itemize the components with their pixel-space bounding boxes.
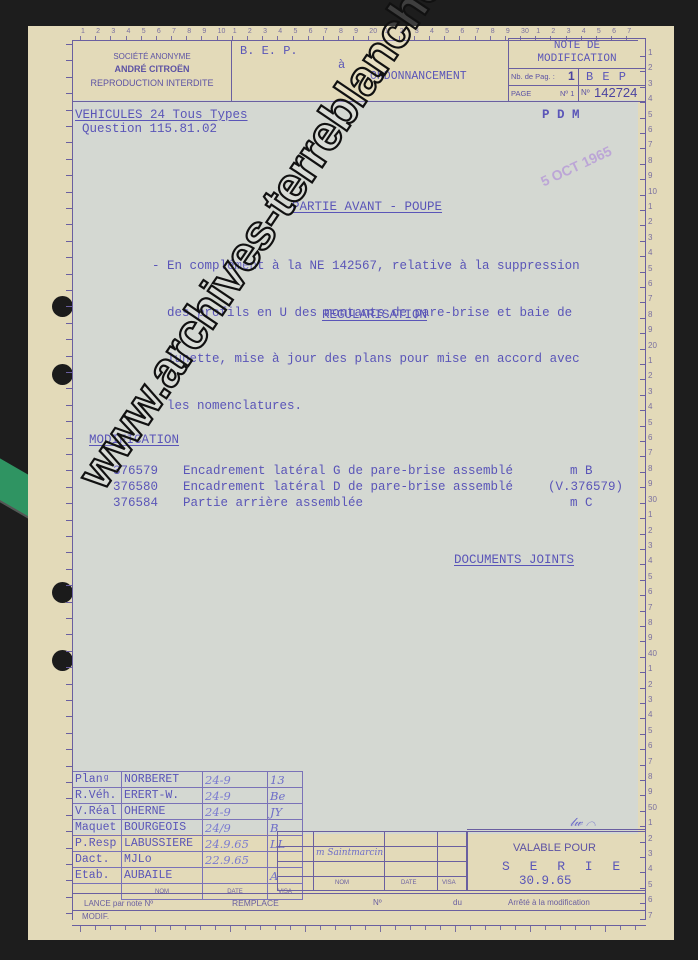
ruler-label: 2 <box>648 371 652 380</box>
ruler-tick <box>640 241 646 242</box>
ruler-tick <box>640 641 646 642</box>
from-department: B. E. P. <box>240 44 298 58</box>
signature-name: MJLo <box>122 852 203 868</box>
signature-name: LABUSSIERE <box>122 836 203 852</box>
ruler-label: 8 <box>648 772 652 781</box>
ruler-label: 8 <box>187 28 191 35</box>
ruler-tick <box>485 926 486 930</box>
ruler-tick <box>66 208 72 209</box>
ruler-label: 7 <box>324 28 328 35</box>
ruler-tick <box>155 926 156 932</box>
ruler-tick <box>66 602 72 603</box>
vehicles-line: VEHICULES 24 Tous Types <box>75 108 248 122</box>
section-title: PARTIE AVANT - POUPE <box>292 200 442 214</box>
signature-date: 24-9 <box>203 788 268 804</box>
signature-name: OHERNE <box>122 804 203 820</box>
ruler-label: 1 <box>648 818 652 827</box>
ruler-label: 9 <box>648 479 652 488</box>
replaces-label: REMPLACE <box>232 898 279 908</box>
part-description: Partie arrière assemblée <box>183 496 363 510</box>
ruler-tick <box>215 926 216 930</box>
ruler-tick <box>66 815 72 816</box>
ruler-tick <box>640 518 646 519</box>
signature-role: V.Réal <box>73 804 122 820</box>
part-note: (V.376579) <box>548 480 623 494</box>
ruler-tick <box>66 503 72 504</box>
ruler-label: 5 <box>648 880 652 889</box>
ruler-tick <box>640 148 646 149</box>
ruler-tick <box>335 926 336 930</box>
ruler-label: 7 <box>648 294 652 303</box>
signature-date: 22.9.65 <box>203 852 268 868</box>
ruler-tick <box>185 926 186 930</box>
ruler-tick <box>305 926 306 932</box>
part-note: m B <box>570 464 593 478</box>
ruler-tick <box>500 926 501 930</box>
ruler-label: 4 <box>648 710 652 719</box>
signature-visa: Be <box>268 788 303 804</box>
ruler-label: 4 <box>648 864 652 873</box>
ruler-label: 5 <box>648 110 652 119</box>
ruler-tick <box>66 716 72 717</box>
ruler-tick <box>365 926 366 930</box>
ruler-label: 5 <box>293 28 297 35</box>
ruler-tick <box>640 749 646 750</box>
signature-role: P.Resp <box>73 836 122 852</box>
ruler-label: 1 <box>648 356 652 365</box>
signature-role: R.Véh. <box>73 788 122 804</box>
page-label: PAGE <box>511 89 531 98</box>
pdm-code: P D M <box>542 108 580 122</box>
ruler-label: 3 <box>648 79 652 88</box>
ruler-label: 4 <box>648 248 652 257</box>
ruler-label: 5 <box>445 28 449 35</box>
ruler-label: 1 <box>648 48 652 57</box>
ruler-tick <box>640 164 646 165</box>
ruler-label: 1 <box>648 664 652 673</box>
signature-row: P.RespLABUSSIERE24.9.65LL <box>73 836 303 852</box>
signature-date: 24-9 <box>203 804 268 820</box>
ruler-label: 1 <box>536 28 540 35</box>
ruler-label: 5 <box>648 726 652 735</box>
ruler-label: 30 <box>648 495 657 504</box>
ruler-label: 7 <box>627 28 631 35</box>
ruler-label: 4 <box>648 94 652 103</box>
signature-name: NORBERET <box>122 772 203 788</box>
ruler-tick <box>66 634 72 635</box>
ruler-label: 9 <box>506 28 510 35</box>
signature-date: 24/9 <box>203 820 268 836</box>
signature-row: V.RéalOHERNE24-9JY <box>73 804 303 820</box>
ruler-tick <box>66 798 72 799</box>
signature-role: Maquet <box>73 820 122 836</box>
ruler-label: 6 <box>648 895 652 904</box>
ruler-tick <box>66 848 72 849</box>
ruler-tick <box>66 749 72 750</box>
ruler-label: 20 <box>648 341 657 350</box>
ruler-label: 7 <box>648 603 652 612</box>
ruler-tick <box>640 765 646 766</box>
ruler-tick <box>575 926 576 930</box>
ruler-label: 2 <box>648 63 652 72</box>
divider <box>384 831 385 891</box>
ruler-tick <box>640 903 646 904</box>
ruler-tick <box>640 256 646 257</box>
signature-name: AUBAILE <box>122 868 203 884</box>
regularisation-title: REGULARISATION <box>322 308 427 322</box>
stopped-label: Arrêté à la modification <box>508 898 590 907</box>
ruler-tick <box>635 926 636 930</box>
ruler-tick <box>66 585 72 586</box>
ruler-label: 6 <box>648 587 652 596</box>
ruler-tick <box>620 926 621 930</box>
ruler-tick <box>640 318 646 319</box>
ruler-tick <box>66 290 72 291</box>
ruler-tick <box>66 339 72 340</box>
company-line-1: SOCIÉTÉ ANONYME <box>72 52 232 61</box>
ruler-label: 4 <box>648 556 652 565</box>
ruler-tick <box>380 926 381 932</box>
ruler-label: 6 <box>648 433 652 442</box>
ruler-label: 8 <box>648 464 652 473</box>
documents-joints-title: DOCUMENTS JOINTS <box>454 553 574 567</box>
ruler-label: 9 <box>648 787 652 796</box>
ruler-label: 30 <box>521 28 529 35</box>
ruler-tick <box>640 333 646 334</box>
ruler-label: 3 <box>648 695 652 704</box>
ruler-tick <box>640 795 646 796</box>
ruler-tick <box>66 126 72 127</box>
ruler-label: 4 <box>278 28 282 35</box>
nb-pages-value: 1 <box>568 69 575 83</box>
ruler-tick <box>110 926 111 930</box>
ruler-tick <box>640 302 646 303</box>
note-number-prefix: Nº <box>581 88 590 97</box>
ruler-tick <box>66 257 72 258</box>
ruler-tick <box>66 142 72 143</box>
divider <box>277 876 467 877</box>
ruler-tick <box>66 667 72 668</box>
ruler-label: 10 <box>648 187 657 196</box>
part-description: Encadrement latéral G de pare-brise asse… <box>183 464 513 478</box>
ruler-tick <box>640 826 646 827</box>
doc-type-line-2: MODIFICATION <box>508 53 646 65</box>
footer-line <box>72 910 646 911</box>
signature-table: PlanᵍNORBERET24-913R.Véh.ERERT-W.24-9BeV… <box>73 771 303 900</box>
ruler-tick <box>640 426 646 427</box>
ruler-tick <box>66 60 72 61</box>
ruler-tick <box>66 700 72 701</box>
ruler-tick <box>66 913 72 914</box>
launched-label: LANCE par note Nº <box>84 899 153 908</box>
ruler-label: 5 <box>648 572 652 581</box>
ruler-label: 2 <box>551 28 555 35</box>
ruler-tick <box>640 580 646 581</box>
ruler-tick <box>640 102 646 103</box>
ruler-tick <box>425 926 426 930</box>
ruler-tick <box>66 241 72 242</box>
validity-date: 30.9.65 <box>519 874 572 888</box>
ruler-tick <box>560 926 561 930</box>
description-line: lunette, mise à jour des plans pour mise… <box>152 352 580 368</box>
ruler-label: 9 <box>648 633 652 642</box>
ruler-tick <box>66 569 72 570</box>
ruler-right-line <box>645 40 646 920</box>
description-line: les nomenclatures. <box>152 399 580 415</box>
ruler-tick <box>640 456 646 457</box>
ruler-tick <box>260 926 261 930</box>
ruler-label: 2 <box>248 28 252 35</box>
ruler-tick <box>66 897 72 898</box>
ruler-tick <box>245 926 246 930</box>
ruler-tick <box>640 503 646 504</box>
ruler-label: 7 <box>648 757 652 766</box>
ruler-tick <box>640 287 646 288</box>
ruler-tick <box>290 926 291 930</box>
validity-label: VALABLE POUR <box>513 842 596 854</box>
ruler-tick <box>640 919 646 920</box>
ruler-label: 10 <box>218 28 226 35</box>
ruler-tick <box>66 323 72 324</box>
ruler-tick <box>395 926 396 930</box>
ruler-tick <box>66 487 72 488</box>
ruler-tick <box>230 926 231 932</box>
ruler-label: 1 <box>648 202 652 211</box>
ruler-tick <box>66 618 72 619</box>
ruler-tick <box>66 372 72 373</box>
nb-pages-label: Nb. de Pag. : <box>511 72 555 81</box>
col-header-name: NOM <box>122 884 203 900</box>
ruler-tick <box>66 864 72 865</box>
ruler-tick <box>66 110 72 111</box>
ruler-tick <box>640 718 646 719</box>
ruler-tick <box>605 926 606 932</box>
ruler-tick <box>640 780 646 781</box>
signature-row: Dact.MJLo22.9.65 <box>73 852 303 868</box>
ruler-label: 2 <box>648 680 652 689</box>
col-header-name: NOM <box>335 880 349 886</box>
ruler-label: 9 <box>648 325 652 334</box>
ruler-tick <box>66 306 72 307</box>
ruler-label: 6 <box>648 741 652 750</box>
ruler-label: 3 <box>648 849 652 858</box>
ruler-label: 5 <box>597 28 601 35</box>
company-line-2: ANDRÉ CITROËN <box>72 64 232 74</box>
signature-row: PlanᵍNORBERET24-913 <box>73 772 303 788</box>
ruler-label: 8 <box>648 156 652 165</box>
ruler-label: 7 <box>476 28 480 35</box>
ruler-tick <box>320 926 321 930</box>
signature-name: ERERT-W. <box>122 788 203 804</box>
note-number: 142724 <box>594 85 637 100</box>
ruler-label: 7 <box>648 448 652 457</box>
signature-date: 24.9.65 <box>203 836 268 852</box>
ruler-tick <box>66 766 72 767</box>
footer-line <box>72 893 646 894</box>
ruler-tick <box>66 684 72 685</box>
signature-role: Dact. <box>73 852 122 868</box>
ruler-label: 2 <box>648 217 652 226</box>
ruler-tick <box>640 272 646 273</box>
ruler-tick <box>410 926 411 930</box>
ruler-label: 7 <box>172 28 176 35</box>
ruler-tick <box>640 657 646 658</box>
divider <box>277 861 467 862</box>
validity-top-line <box>467 829 646 830</box>
ruler-tick <box>640 441 646 442</box>
ruler-label: 5 <box>142 28 146 35</box>
ruler-tick <box>470 926 471 930</box>
ruler-tick <box>66 44 72 45</box>
ruler-label: 50 <box>648 803 657 812</box>
doc-type-line-1: NOTE DE <box>508 40 646 52</box>
divider <box>277 846 467 847</box>
ruler-tick <box>66 733 72 734</box>
ruler-label: 1 <box>648 510 652 519</box>
ruler-tick <box>640 549 646 550</box>
ruler-tick <box>515 926 516 930</box>
ruler-tick <box>640 688 646 689</box>
ruler-tick <box>275 926 276 930</box>
ruler-tick <box>455 926 456 932</box>
signature-visa: 13 <box>268 772 303 788</box>
ruler-tick <box>66 438 72 439</box>
signature-role: Etab. <box>73 868 122 884</box>
ruler-label: 3 <box>648 541 652 550</box>
ruler-label: 40 <box>648 649 657 658</box>
service-code: B E P <box>586 70 627 84</box>
ruler-tick <box>640 472 646 473</box>
ruler-tick <box>66 782 72 783</box>
ruler-tick <box>170 926 171 930</box>
ruler-label: 2 <box>648 526 652 535</box>
ruler-tick <box>640 210 646 211</box>
ruler-tick <box>640 179 646 180</box>
number-label: Nº <box>373 898 382 907</box>
question-line: Question 115.81.02 <box>82 122 217 136</box>
ruler-tick <box>350 926 351 930</box>
part-description: Encadrement latéral D de pare-brise asse… <box>183 480 513 494</box>
ruler-tick <box>66 356 72 357</box>
ruler-tick <box>590 926 591 930</box>
ruler-tick <box>640 395 646 396</box>
ruler-tick <box>640 364 646 365</box>
ruler-label: 4 <box>430 28 434 35</box>
divider <box>508 68 646 69</box>
part-note: m C <box>570 496 593 510</box>
ruler-tick <box>640 703 646 704</box>
ruler-tick <box>66 880 72 881</box>
ruler-tick <box>66 405 72 406</box>
company-line-3: REPRODUCTION INTERDITE <box>72 78 232 88</box>
ruler-tick <box>95 926 96 930</box>
ruler-label: 5 <box>648 418 652 427</box>
ruler-tick <box>66 224 72 225</box>
ruler-tick <box>640 118 646 119</box>
ruler-label: 1 <box>81 28 85 35</box>
divider <box>437 831 438 891</box>
handwritten-entry: m Saintmarcin <box>316 848 383 858</box>
ruler-tick <box>640 410 646 411</box>
ruler-tick <box>640 672 646 673</box>
divider <box>313 831 314 891</box>
ruler-label: 8 <box>491 28 495 35</box>
ruler-label: 8 <box>648 310 652 319</box>
ruler-label: 5 <box>648 264 652 273</box>
ruler-label: 1 <box>233 28 237 35</box>
ruler-label: 6 <box>157 28 161 35</box>
ruler-tick <box>66 831 72 832</box>
col-header-date: DATE <box>401 880 417 886</box>
signature-name: BOURGEOIS <box>122 820 203 836</box>
page-number-label: Nº 1 <box>560 89 574 98</box>
ruler-tick <box>200 926 201 930</box>
ruler-label: 9 <box>648 171 652 180</box>
ruler-label: 6 <box>309 28 313 35</box>
ruler-label: 3 <box>111 28 115 35</box>
ruler-label: 6 <box>648 279 652 288</box>
ruler-label: 3 <box>648 233 652 242</box>
ruler-tick <box>640 611 646 612</box>
ruler-tick <box>66 274 72 275</box>
ruler-tick <box>545 926 546 930</box>
signature-row: MaquetBOURGEOIS24/9B <box>73 820 303 836</box>
ruler-tick <box>66 651 72 652</box>
handwritten-initials: 𝓁𝓌 ⌒ <box>570 815 596 830</box>
ruler-label: 7 <box>648 911 652 920</box>
ruler-tick <box>640 595 646 596</box>
ruler-tick <box>66 536 72 537</box>
ruler-label: 3 <box>263 28 267 35</box>
ruler-tick <box>66 93 72 94</box>
ruler-tick <box>66 388 72 389</box>
ruler-tick <box>66 159 72 160</box>
ruler-tick <box>440 926 441 930</box>
ruler-tick <box>640 564 646 565</box>
ruler-label: 3 <box>648 387 652 396</box>
signature-row: R.Véh.ERERT-W.24-9Be <box>73 788 303 804</box>
ruler-tick <box>140 926 141 930</box>
ruler-tick <box>640 225 646 226</box>
col-header-visa: VISA <box>442 880 456 886</box>
ruler-tick <box>640 811 646 812</box>
signature-row: Etab.AUBAILEA <box>73 868 303 884</box>
ruler-label: 8 <box>339 28 343 35</box>
ruler-label: 3 <box>567 28 571 35</box>
ruler-tick <box>66 552 72 553</box>
punch-hole <box>52 364 73 385</box>
ruler-tick <box>640 734 646 735</box>
ruler-label: 2 <box>648 834 652 843</box>
signature-date <box>203 868 268 884</box>
signature-visa: JY <box>268 804 303 820</box>
ruler-tick <box>125 926 126 930</box>
ruler-tick <box>66 421 72 422</box>
ruler-tick <box>66 77 72 78</box>
divider <box>578 68 579 102</box>
ruler-label: 4 <box>127 28 131 35</box>
validity-serie: S E R I E <box>502 859 626 874</box>
ruler-tick <box>530 926 531 932</box>
ruler-label: 8 <box>648 618 652 627</box>
ruler-label: 6 <box>460 28 464 35</box>
ruler-tick <box>66 454 72 455</box>
du-label: du <box>453 898 462 907</box>
ruler-tick <box>640 379 646 380</box>
ruler-tick <box>640 487 646 488</box>
ruler-label: 6 <box>648 125 652 134</box>
ruler-tick <box>640 195 646 196</box>
